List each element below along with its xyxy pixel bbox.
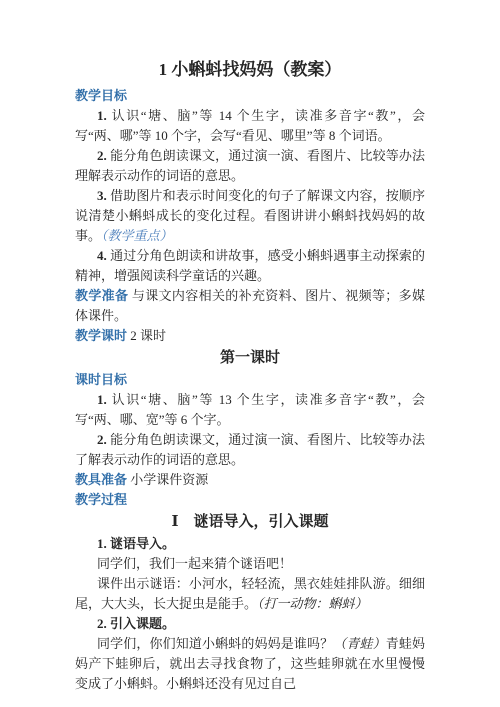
goal-item-1: 1. 认识“塘、脑”等 14 个生字，读准多音字“教”，会写“两、哪”等 10 … — [75, 106, 425, 146]
text-run: 同学们，你们知道小蝌蚪的妈妈是谁吗？ — [97, 636, 333, 651]
section-label-teaching-goals: 教学目标 — [75, 86, 425, 106]
step-1-riddle-intro: 1. 谜语导入。 — [75, 534, 425, 554]
section-label-text: 课时目标 — [75, 372, 127, 387]
riddle-invite-line: 同学们，我们一起来猜个谜语吧！ — [75, 554, 425, 574]
topic-intro-text: 同学们，你们知道小蝌蚪的妈妈是谁吗？（青蛙）青蛙妈妈产下蛙卵后，就出去寻找食物了… — [75, 634, 425, 694]
section-label-text: 教学过程 — [75, 492, 127, 507]
document-body: 教学目标1. 认识“塘、脑”等 14 个生字，读准多音字“教”，会写“两、哪”等… — [75, 86, 425, 694]
text-run: （青蛙） — [333, 636, 386, 651]
document-page: 1 小蝌蚪找妈妈（教案） 教学目标1. 认识“塘、脑”等 14 个生字，读准多音… — [0, 0, 500, 707]
text-run: 同学们，我们一起来猜个谜语吧！ — [97, 556, 292, 571]
goal-item-4: 4. 通过分角色朗读和讲故事，感受小蝌蚪遇事主动探索的精神，增强阅读科学童话的兴… — [75, 246, 425, 286]
text-run: 4. — [97, 248, 110, 263]
text-run: 2. — [97, 432, 110, 447]
step-2-topic-intro: 2. 引入课题。 — [75, 614, 425, 634]
text-run: 能分角色朗读课文，通过演一演、看图片、比较等办法了解表示动作的词语的意思。 — [75, 432, 425, 467]
text-run: 2. — [97, 148, 110, 163]
period-goal-2: 2. 能分角色朗读课文，通过演一演、看图片、比较等办法了解表示动作的词语的意思。 — [75, 430, 425, 470]
text-run: 能分角色朗读课文，通过演一演、看图片、比较等办法理解表示动作的词语的意思。 — [75, 148, 425, 183]
teaching-aids-line: 教具准备 小学课件资源 — [75, 470, 425, 490]
text-run: 通过分角色朗读和讲故事，感受小蝌蚪遇事主动探索的精神，增强阅读科学童话的兴趣。 — [75, 248, 425, 283]
document-title: 1 小蝌蚪找妈妈（教案） — [75, 58, 425, 82]
goal-item-2: 2. 能分角色朗读课文，通过演一演、看图片、比较等办法理解表示动作的词语的意思。 — [75, 146, 425, 186]
period-goal-1: 1. 认识“塘、脑”等 13 个生字，读准多音字“教”，会写“两、哪、宽”等 6… — [75, 390, 425, 430]
text-run: 1. — [97, 392, 112, 407]
text-run: 2. 引入课题。 — [97, 616, 175, 631]
section-label-period-goals: 课时目标 — [75, 370, 425, 390]
teaching-preparation-line: 教学准备 与课文内容相关的补充资料、图片、视频等；多媒体课件。 — [75, 286, 425, 326]
section-label-text: 教学准备 — [75, 288, 128, 303]
teaching-periods-line: 教学课时 2 课时 — [75, 326, 425, 346]
first-period-heading: 第一课时 — [75, 347, 425, 369]
section-label-teaching-process: 教学过程 — [75, 490, 425, 510]
text-run: 1. 谜语导入。 — [97, 536, 175, 551]
text-run: （教学重点） — [101, 228, 173, 243]
text-run: 1. — [97, 108, 112, 123]
section-label-text: 教学目标 — [75, 88, 127, 103]
text-run: 课件出示谜语：小河水，轻轻流，黑衣娃娃排队游。细细尾，大大头，长大捉虫是能手。 — [75, 576, 425, 611]
text-run: 2 课时 — [127, 328, 166, 343]
text-run: 小学课件资源 — [127, 472, 208, 487]
section-label-text: 教具准备 — [75, 472, 127, 487]
stage-one-heading: Ⅰ 谜语导入，引入课题 — [75, 511, 425, 533]
text-run: 认识“塘、脑”等 14 个生字，读准多音字“教”，会写“两、哪”等 10 个字，… — [75, 108, 425, 143]
text-run: 认识“塘、脑”等 13 个生字，读准多音字“教”，会写“两、哪、宽”等 6 个字… — [75, 392, 425, 427]
text-run: （打一动物：蝌蚪） — [257, 596, 368, 611]
goal-item-3: 3. 借助图片和表示时间变化的句子了解课文内容，按顺序说清楚小蝌蚪成长的变化过程… — [75, 186, 425, 246]
text-run: 与课文内容相关的补充资料、图片、视频等；多媒体课件。 — [75, 288, 425, 323]
section-label-text: 教学课时 — [75, 328, 127, 343]
text-run: 3. — [97, 188, 110, 203]
riddle-text-line: 课件出示谜语：小河水，轻轻流，黑衣娃娃排队游。细细尾，大大头，长大捉虫是能手。（… — [75, 574, 425, 614]
